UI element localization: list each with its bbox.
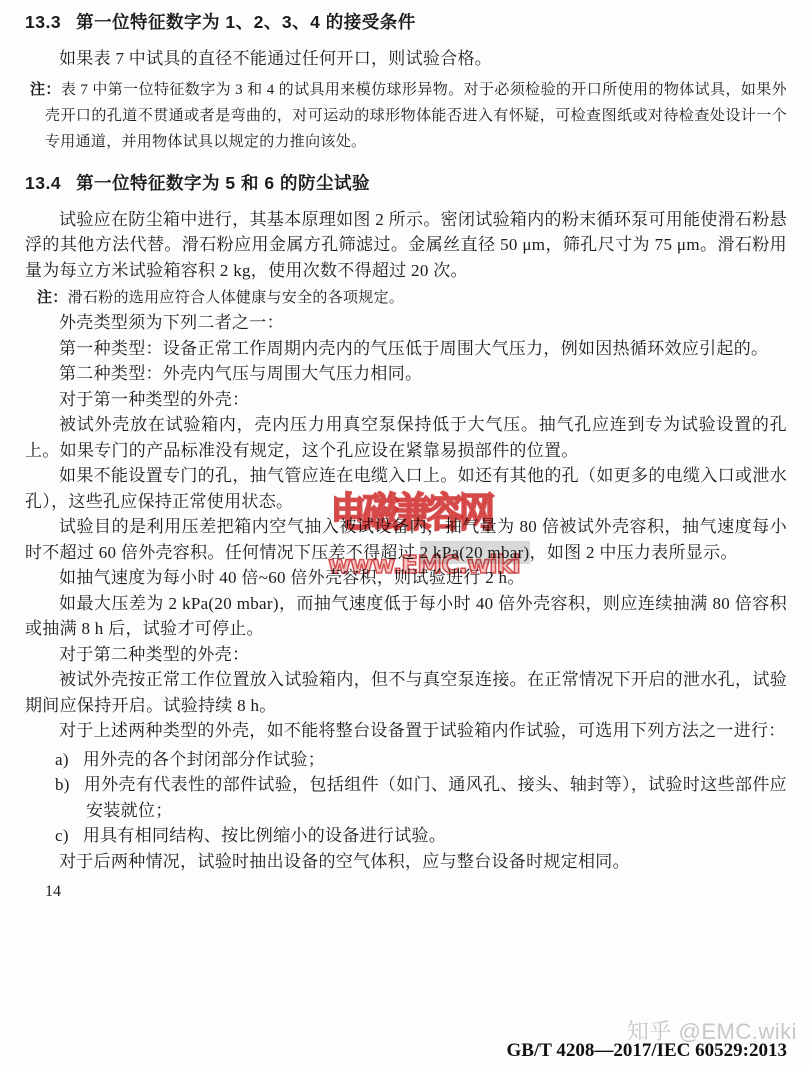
paragraph-dust-test-setup: 试验应在防尘箱中进行，其基本原理如图 2 所示。密闭试验箱内的粉末循环泵可用能使… [25, 207, 787, 284]
list-item-label: b) [55, 775, 70, 794]
note-text: 表 7 中第一位特征数字为 3 和 4 的试具用来模仿球形异物。对于必须检验的开… [45, 82, 787, 150]
paragraph-vacuum-pump: 被试外壳放在试验箱内，壳内压力用真空泵保持低于大气压。抽气孔应连到专为试验设置的… [25, 412, 787, 463]
note-label: 注： [37, 289, 68, 306]
note-label: 注： [30, 81, 61, 98]
kpa-highlight: 2 kPa(20 mbar) [420, 543, 530, 562]
paragraph-type-two-intro: 对于第二种类型的外壳： [25, 642, 787, 668]
paragraph-max-pressure-diff: 如最大压差为 2 kPa(20 mbar)，而抽气速度低于每小时 40 倍外壳容… [25, 591, 787, 642]
section-number: 13.4 [25, 173, 61, 193]
standard-code: GB/T 4208—2017/IEC 60529:2013 [507, 1040, 787, 1062]
note-13-3: 注：表 7 中第一位特征数字为 3 和 4 的试具用来模仿球形异物。对于必须检验… [25, 77, 787, 155]
list-item-label: c) [55, 826, 69, 845]
section-title: 第一位特征数字为 1、2、3、4 的接受条件 [76, 12, 416, 32]
paragraph-type-two-definition: 第二种类型：外壳内气压与周围大气压力相同。 [25, 361, 787, 387]
list-item-label: a) [55, 750, 69, 769]
note-text: 滑石粉的选用应符合人体健康与安全的各项规定。 [68, 290, 405, 306]
list-item-text: 用外壳有代表性的部件试验，包括组件（如门、通风孔、接头、轴封等），试验时这些部件… [84, 775, 787, 820]
section-heading-13-4: 13.4第一位特征数字为 5 和 6 的防尘试验 [25, 171, 787, 195]
list-item-text: 用具有相同结构、按比例缩小的设备进行试验。 [83, 826, 446, 845]
document-page: 13.3第一位特征数字为 1、2、3、4 的接受条件 如果表 7 中试具的直径不… [0, 0, 810, 1067]
list-item-a: a)用外壳的各个封闭部分作试验； [25, 747, 787, 773]
paragraph-extraction-volume: 试验目的是利用压差把箱内空气抽入被试设备内，抽气量为 80 倍被试外壳容积，抽气… [25, 514, 787, 565]
note-13-4: 注：滑石粉的选用应符合人体健康与安全的各项规定。 [25, 286, 787, 310]
paragraph-enclosure-types: 外壳类型须为下列二者之一： [25, 310, 787, 336]
list-item-text: 用外壳的各个封闭部分作试验； [83, 750, 325, 769]
paragraph-text-post: ，如图 2 中压力表所显示。 [530, 543, 738, 562]
paragraph-type-one-intro: 对于第一种类型的外壳： [25, 387, 787, 413]
section-number: 13.3 [25, 12, 61, 32]
paragraph-type-two-test: 被试外壳按正常工作位置放入试验箱内，但不与真空泵连接。在正常情况下开启的泄水孔，… [25, 667, 787, 718]
paragraph-alternative-methods-intro: 对于上述两种类型的外壳，如不能将整台设备置于试验箱内作试验，可选用下列方法之一进… [25, 718, 787, 744]
paragraph-cable-entry-hole: 如果不能设置专门的孔，抽气管应连在电缆入口上。如还有其他的孔（如更多的电缆入口或… [25, 463, 787, 514]
list-item-c: c)用具有相同结构、按比例缩小的设备进行试验。 [25, 823, 787, 849]
paragraph-extraction-rate-2h: 如抽气速度为每小时 40 倍~60 倍外壳容积，则试验进行 2 h。 [25, 565, 787, 591]
list-item-b: b)用外壳有代表性的部件试验，包括组件（如门、通风孔、接头、轴封等），试验时这些… [25, 772, 787, 823]
paragraph-last-two-cases: 对于后两种情况，试验时抽出设备的空气体积，应与整台设备时规定相同。 [25, 849, 787, 875]
paragraph-type-one-definition: 第一种类型：设备正常工作周期内壳内的气压低于周围大气压力，例如因热循环效应引起的… [25, 336, 787, 362]
section-heading-13-3: 13.3第一位特征数字为 1、2、3、4 的接受条件 [25, 10, 787, 34]
page-number: 14 [45, 882, 787, 902]
section-title: 第一位特征数字为 5 和 6 的防尘试验 [76, 173, 370, 193]
paragraph-acceptance-condition: 如果表 7 中试具的直径不能通过任何开口，则试验合格。 [25, 46, 787, 72]
